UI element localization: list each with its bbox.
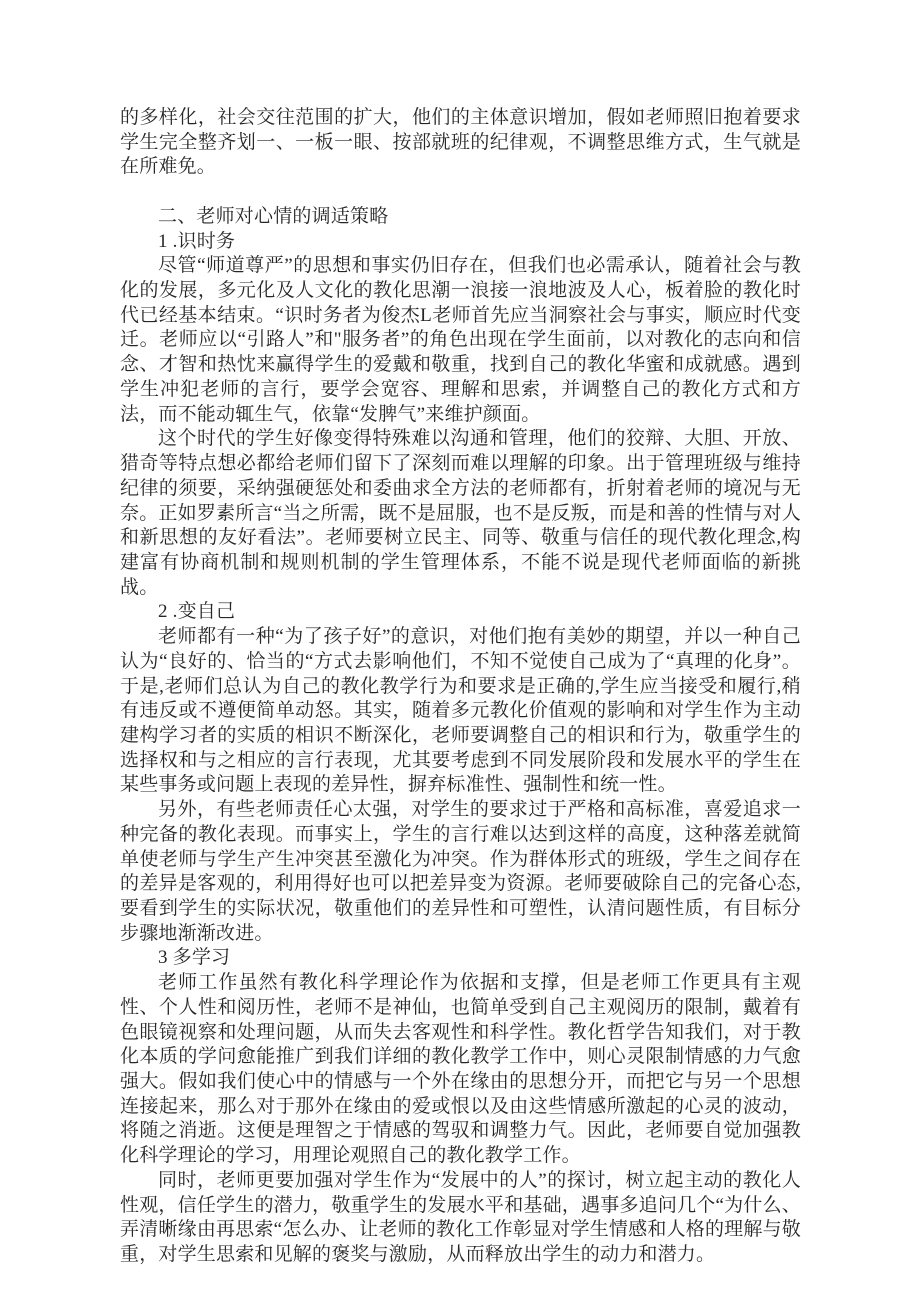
body-paragraph: 另外，有些老师责任心太强，对学生的要求过于严格和高标准，喜爱追求一种完备的教化表… [120, 798, 801, 946]
document-text-block: 的多样化，社会交往范围的扩大，他们的主体意识增加，假如老师照旧抱着要求学生完全整… [120, 106, 801, 1268]
subsection-heading: 3 多学习 [120, 946, 801, 971]
body-paragraph: 这个时代的学生好像变得特殊难以沟通和管理，他们的狡辩、大胆、开放、猎奇等特点想必… [120, 427, 801, 600]
subsection-bian-zi-ji: 2 .变自己 老师都有一种“为了孩子好”的意识，对他们抱有美妙的期望，并以一种自… [120, 600, 801, 946]
subsection-duo-xue-xi: 3 多学习 老师工作虽然有教化科学理论作为依据和支撑，但是老师工作更具有主观性、… [120, 946, 801, 1267]
subsection-heading: 2 .变自己 [120, 600, 801, 625]
body-paragraph: 尽管“师道尊严”的思想和事实仍旧存在，但我们也必需承认，随着社会与教化的发展，多… [120, 254, 801, 427]
body-paragraph: 同时，老师更要加强对学生作为“发展中的人”的探讨，树立起主动的教化人性观，信任学… [120, 1169, 801, 1268]
document-page: 的多样化，社会交往范围的扩大，他们的主体意识增加，假如老师照旧抱着要求学生完全整… [0, 0, 920, 1301]
paragraph-continuation: 的多样化，社会交往范围的扩大，他们的主体意识增加，假如老师照旧抱着要求学生完全整… [120, 106, 801, 180]
subsection-heading: 1 .识时务 [120, 230, 801, 255]
subsection-shi-shi-wu: 1 .识时务 尽管“师道尊严”的思想和事实仍旧存在，但我们也必需承认，随着社会与… [120, 230, 801, 601]
body-paragraph: 老师工作虽然有教化科学理论作为依据和支撑，但是老师工作更具有主观性、个人性和阅历… [120, 971, 801, 1169]
section-heading: 二、老师对心情的调适策略 [120, 205, 801, 230]
body-paragraph: 老师都有一种“为了孩子好”的意识，对他们抱有美妙的期望，并以一种自己认为“良好的… [120, 625, 801, 798]
